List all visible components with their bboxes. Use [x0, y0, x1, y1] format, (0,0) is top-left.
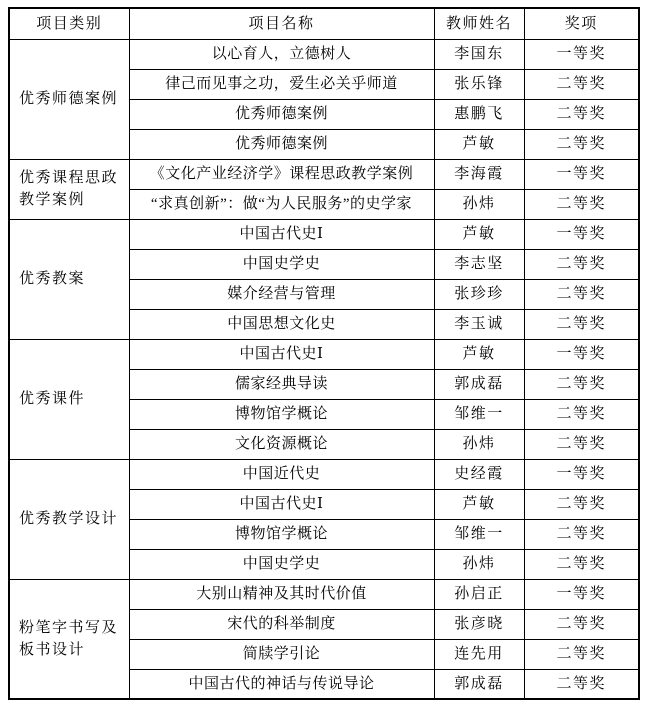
col-header-project: 项目名称 — [129, 8, 434, 39]
col-header-category: 项目类别 — [9, 8, 129, 39]
table-row: 优秀教学设计中国近代史史经霞一等奖 — [9, 459, 639, 489]
category-cell: 优秀师德案例 — [9, 39, 129, 159]
award-cell: 一等奖 — [524, 579, 639, 609]
award-cell: 二等奖 — [524, 549, 639, 579]
table-row: 粉笔字书写及板书设计大别山精神及其时代价值孙启正一等奖 — [9, 579, 639, 609]
award-cell: 一等奖 — [524, 459, 639, 489]
project-cell: 《文化产业经济学》课程思政教学案例 — [129, 159, 434, 189]
teacher-cell: 郭成磊 — [434, 669, 524, 699]
teacher-cell: 史经霞 — [434, 459, 524, 489]
project-cell: 儒家经典导读 — [129, 369, 434, 399]
project-cell: 中国近代史 — [129, 459, 434, 489]
teacher-cell: 张珍珍 — [434, 279, 524, 309]
table-row: 优秀师德案例以心育人，立德树人李国东一等奖 — [9, 39, 639, 69]
project-cell: 优秀师德案例 — [129, 99, 434, 129]
teacher-cell: 孙炜 — [434, 189, 524, 219]
category-cell: 优秀课程思政教学案例 — [9, 159, 129, 219]
teacher-cell: 李玉诚 — [434, 309, 524, 339]
teacher-cell: 郭成磊 — [434, 369, 524, 399]
project-cell: 博物馆学概论 — [129, 399, 434, 429]
project-cell: 中国思想文化史 — [129, 309, 434, 339]
award-cell: 一等奖 — [524, 159, 639, 189]
project-cell: 律己而见事之功，爱生必关乎师道 — [129, 69, 434, 99]
project-cell: 中国古代史Ⅰ — [129, 489, 434, 519]
project-cell: 媒介经营与管理 — [129, 279, 434, 309]
teacher-cell: 李志坚 — [434, 249, 524, 279]
col-header-teacher: 教师姓名 — [434, 8, 524, 39]
award-cell: 二等奖 — [524, 489, 639, 519]
project-cell: 宋代的科举制度 — [129, 609, 434, 639]
award-cell: 二等奖 — [524, 279, 639, 309]
teacher-cell: 张彦晓 — [434, 609, 524, 639]
award-cell: 一等奖 — [524, 339, 639, 369]
award-cell: 一等奖 — [524, 39, 639, 69]
teacher-cell: 芦敏 — [434, 339, 524, 369]
teacher-cell: 惠鹏飞 — [434, 99, 524, 129]
header-row: 项目类别 项目名称 教师姓名 奖项 — [9, 8, 639, 39]
teacher-cell: 邹维一 — [434, 399, 524, 429]
teacher-cell: 芦敏 — [434, 489, 524, 519]
project-cell: 中国古代史Ⅰ — [129, 339, 434, 369]
project-cell: 中国史学史 — [129, 549, 434, 579]
project-cell: 中国古代史Ⅰ — [129, 219, 434, 249]
category-cell: 优秀教学设计 — [9, 459, 129, 579]
project-cell: 简牍学引论 — [129, 639, 434, 669]
teacher-cell: 连先用 — [434, 639, 524, 669]
project-cell: 博物馆学概论 — [129, 519, 434, 549]
teacher-cell: 孙启正 — [434, 579, 524, 609]
award-cell: 二等奖 — [524, 99, 639, 129]
col-header-award: 奖项 — [524, 8, 639, 39]
teacher-cell: 李国东 — [434, 39, 524, 69]
project-cell: “求真创新”：做“为人民服务”的史学家 — [129, 189, 434, 219]
award-cell: 二等奖 — [524, 129, 639, 159]
project-cell: 中国史学史 — [129, 249, 434, 279]
award-cell: 一等奖 — [524, 219, 639, 249]
award-cell: 二等奖 — [524, 189, 639, 219]
project-cell: 以心育人，立德树人 — [129, 39, 434, 69]
award-cell: 二等奖 — [524, 669, 639, 699]
category-cell: 优秀课件 — [9, 339, 129, 459]
awards-table: 项目类别 项目名称 教师姓名 奖项 优秀师德案例以心育人，立德树人李国东一等奖律… — [8, 7, 640, 700]
teacher-cell: 孙炜 — [434, 429, 524, 459]
teacher-cell: 邹维一 — [434, 519, 524, 549]
awards-table-header: 项目类别 项目名称 教师姓名 奖项 — [9, 8, 639, 39]
teacher-cell: 芦敏 — [434, 129, 524, 159]
project-cell: 大别山精神及其时代价值 — [129, 579, 434, 609]
category-cell: 粉笔字书写及板书设计 — [9, 579, 129, 699]
table-row: 优秀课程思政教学案例《文化产业经济学》课程思政教学案例李海霞一等奖 — [9, 159, 639, 189]
award-cell: 二等奖 — [524, 609, 639, 639]
teacher-cell: 李海霞 — [434, 159, 524, 189]
award-cell: 二等奖 — [524, 429, 639, 459]
award-cell: 二等奖 — [524, 639, 639, 669]
project-cell: 文化资源概论 — [129, 429, 434, 459]
table-row: 优秀教案中国古代史Ⅰ芦敏一等奖 — [9, 219, 639, 249]
award-cell: 二等奖 — [524, 369, 639, 399]
project-cell: 优秀师德案例 — [129, 129, 434, 159]
project-cell: 中国古代的神话与传说导论 — [129, 669, 434, 699]
award-cell: 二等奖 — [524, 249, 639, 279]
category-cell: 优秀教案 — [9, 219, 129, 339]
teacher-cell: 张乐锋 — [434, 69, 524, 99]
award-cell: 二等奖 — [524, 519, 639, 549]
teacher-cell: 孙炜 — [434, 549, 524, 579]
awards-table-body: 优秀师德案例以心育人，立德树人李国东一等奖律己而见事之功，爱生必关乎师道张乐锋二… — [9, 39, 639, 699]
table-row: 优秀课件中国古代史Ⅰ芦敏一等奖 — [9, 339, 639, 369]
award-cell: 二等奖 — [524, 309, 639, 339]
award-cell: 二等奖 — [524, 69, 639, 99]
award-cell: 二等奖 — [524, 399, 639, 429]
teacher-cell: 芦敏 — [434, 219, 524, 249]
